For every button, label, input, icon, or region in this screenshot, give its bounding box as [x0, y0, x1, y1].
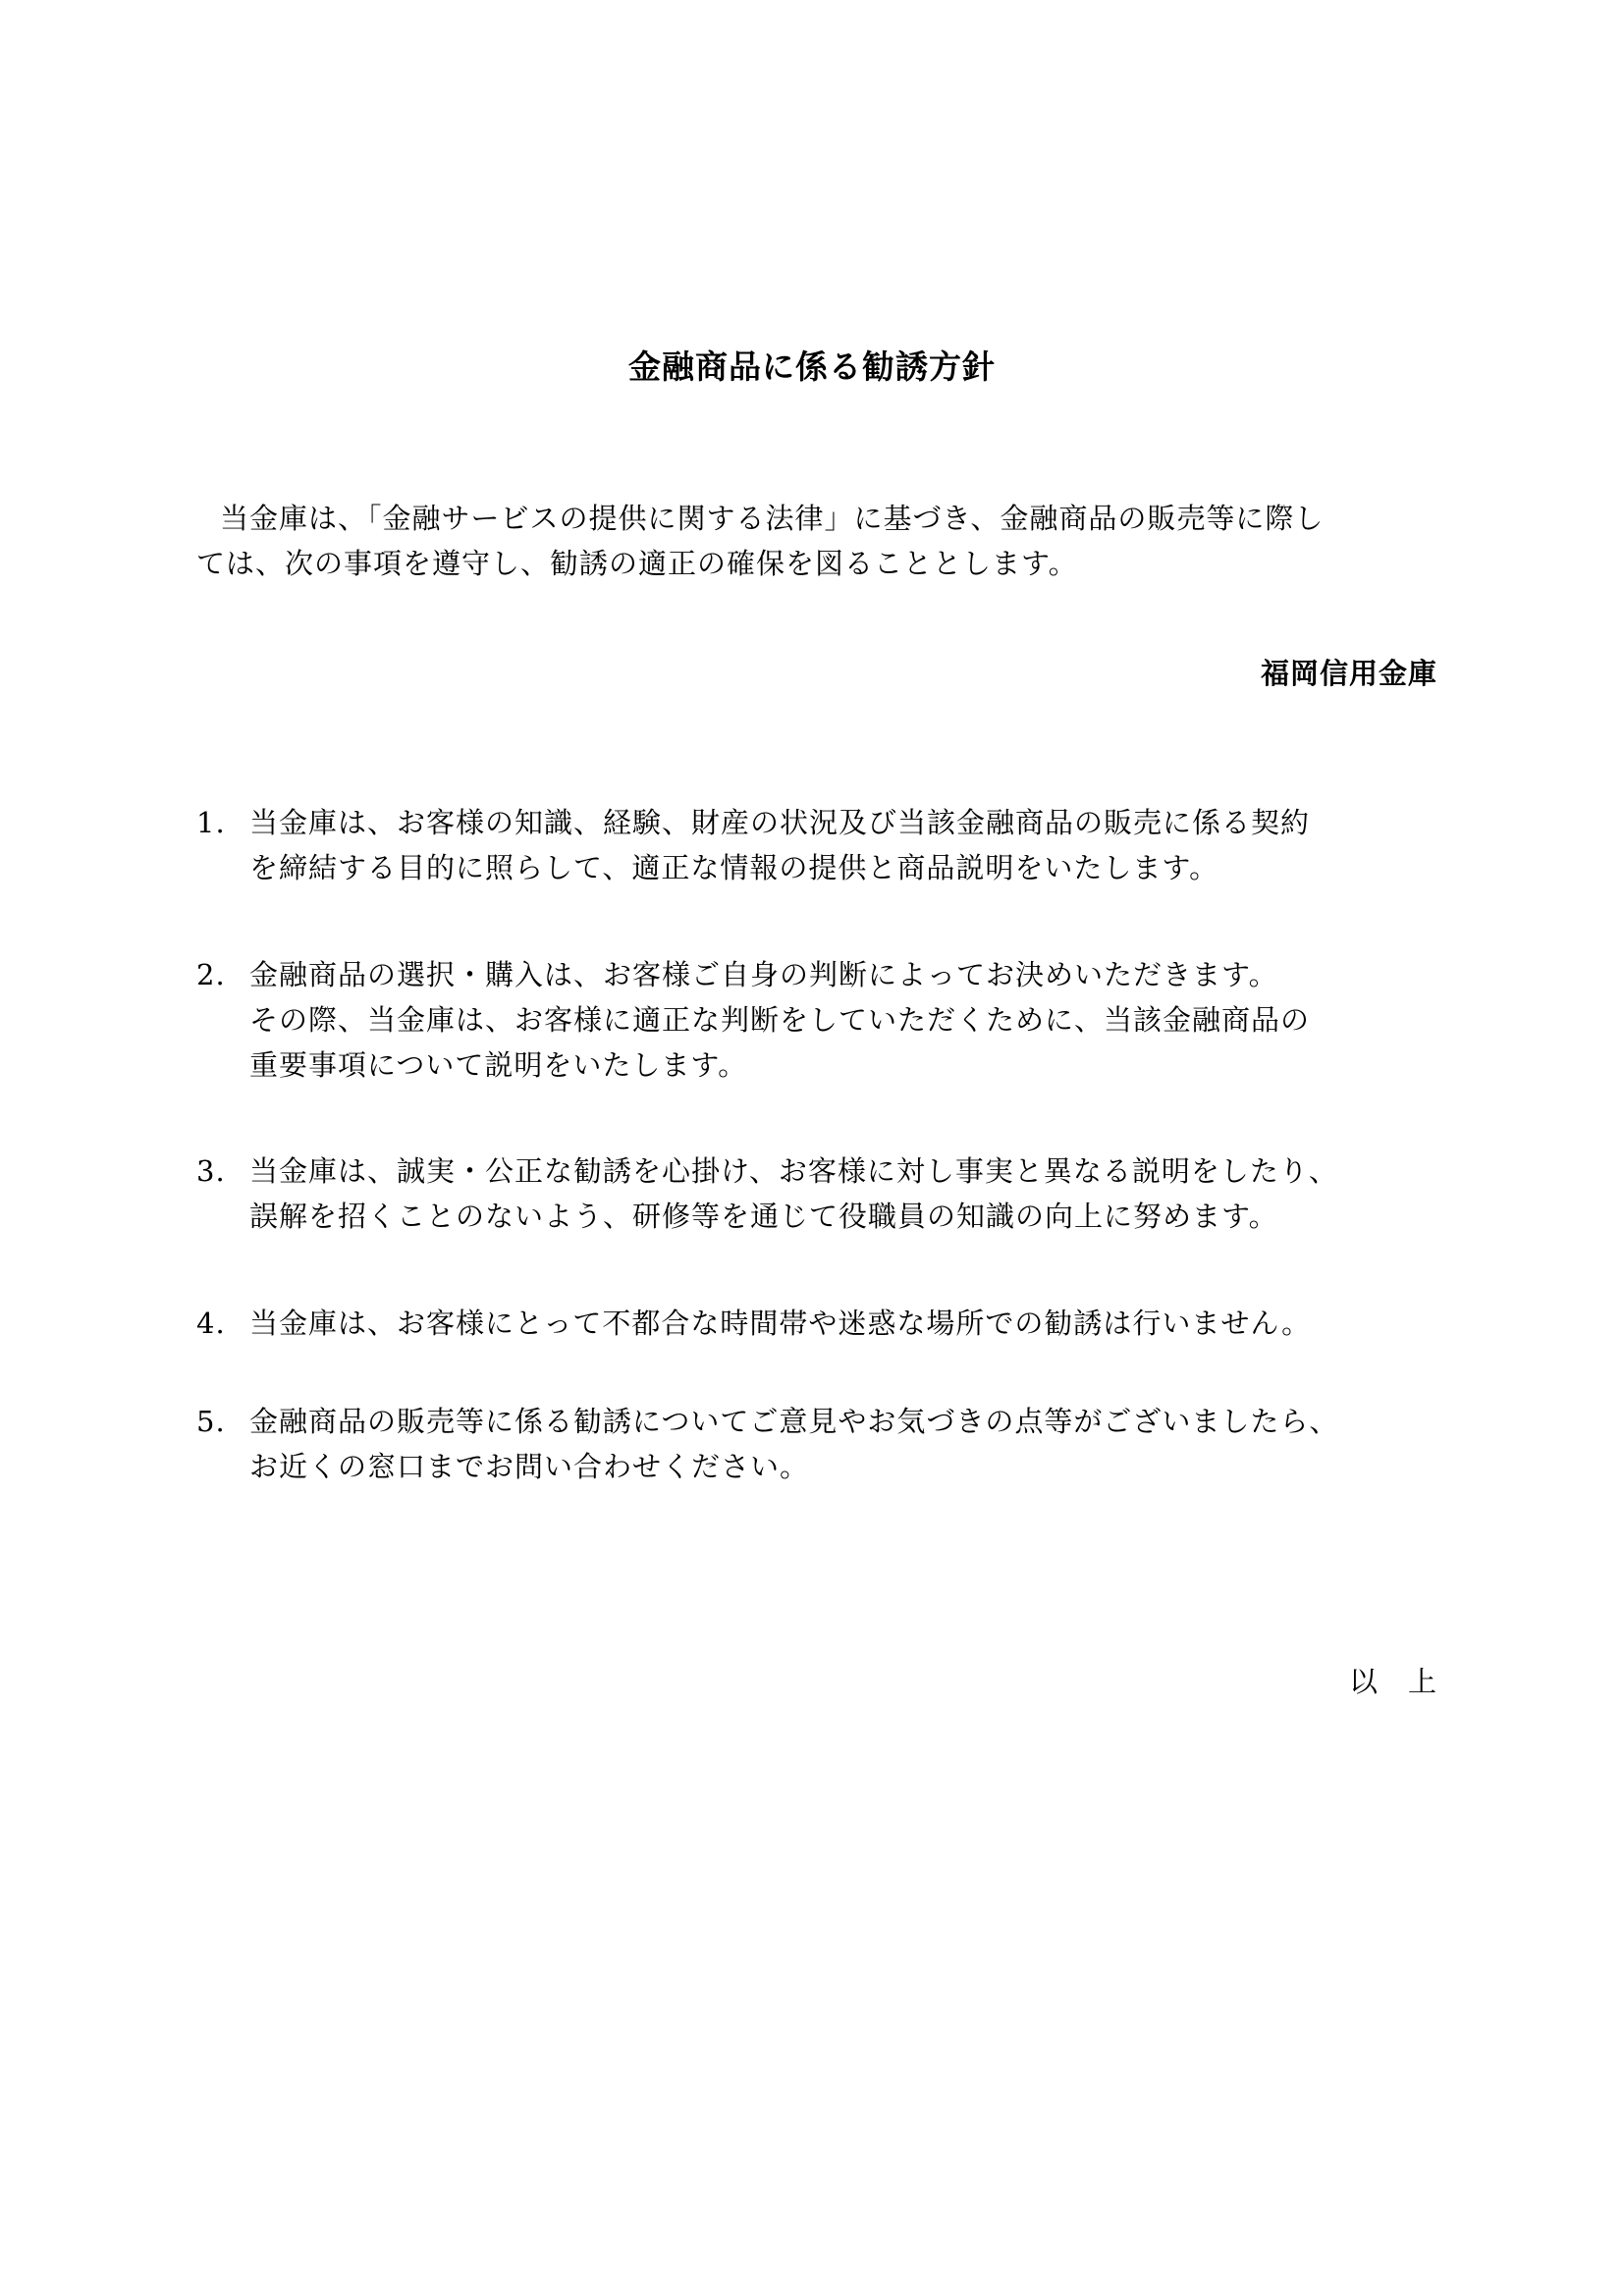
item-line: お近くの窓口までお問い合わせください。: [249, 1444, 1338, 1489]
item-text: 当金庫は、お客様にとって不都合な時間帯や迷惑な場所での勧誘は行いません。: [249, 1301, 1311, 1346]
organization-name: 福岡信用金庫: [1261, 654, 1437, 693]
item-line: 当金庫は、お客様にとって不都合な時間帯や迷惑な場所での勧誘は行いません。: [249, 1301, 1311, 1346]
item-line: 金融商品の販売等に係る勧誘についてご意見やお気づきの点等がございましたら、: [249, 1399, 1338, 1444]
intro-line: 当金庫は、「金融サービスの提供に関する法律」に基づき、金融商品の販売等に際し: [196, 496, 1443, 541]
item-text: 金融商品の選択・購入は、お客様ご自身の判断によってお決めいただきます。 その際、…: [249, 952, 1310, 1088]
document-page: 金融商品に係る勧誘方針 当金庫は、「金融サービスの提供に関する法律」に基づき、金…: [0, 0, 1624, 2296]
item-line: 金融商品の選択・購入は、お客様ご自身の判断によってお決めいただきます。: [249, 952, 1310, 997]
intro-line: ては、次の事項を遵守し、勧誘の適正の確保を図ることとします。: [196, 541, 1443, 586]
item-number: 4.: [196, 1301, 245, 1346]
item-text: 金融商品の販売等に係る勧誘についてご意見やお気づきの点等がございましたら、 お近…: [249, 1399, 1338, 1489]
item-number: 3.: [196, 1148, 245, 1194]
item-text: 当金庫は、お客様の知識、経験、財産の状況及び当該金融商品の販売に係る契約 を締結…: [249, 800, 1310, 890]
item-line: 重要事項について説明をいたします。: [249, 1042, 1310, 1088]
item-line: 当金庫は、誠実・公正な勧誘を心掛け、お客様に対し事実と異なる説明をしたり、: [249, 1148, 1338, 1194]
item-line: 誤解を招くことのないよう、研修等を通じて役職員の知識の向上に努めます。: [249, 1194, 1338, 1239]
item-line: 当金庫は、お客様の知識、経験、財産の状況及び当該金融商品の販売に係る契約: [249, 800, 1310, 845]
intro-paragraph: 当金庫は、「金融サービスの提供に関する法律」に基づき、金融商品の販売等に際し て…: [196, 496, 1443, 586]
item-number: 1.: [196, 800, 245, 845]
document-title: 金融商品に係る勧誘方針: [0, 346, 1624, 389]
item-number: 2.: [196, 952, 245, 997]
item-line: その際、当金庫は、お客様に適正な判断をしていただくために、当該金融商品の: [249, 997, 1310, 1042]
item-line: を締結する目的に照らして、適正な情報の提供と商品説明をいたします。: [249, 845, 1310, 890]
item-number: 5.: [196, 1399, 245, 1444]
closing-mark: 以 上: [1349, 1662, 1437, 1701]
item-text: 当金庫は、誠実・公正な勧誘を心掛け、お客様に対し事実と異なる説明をしたり、 誤解…: [249, 1148, 1338, 1239]
